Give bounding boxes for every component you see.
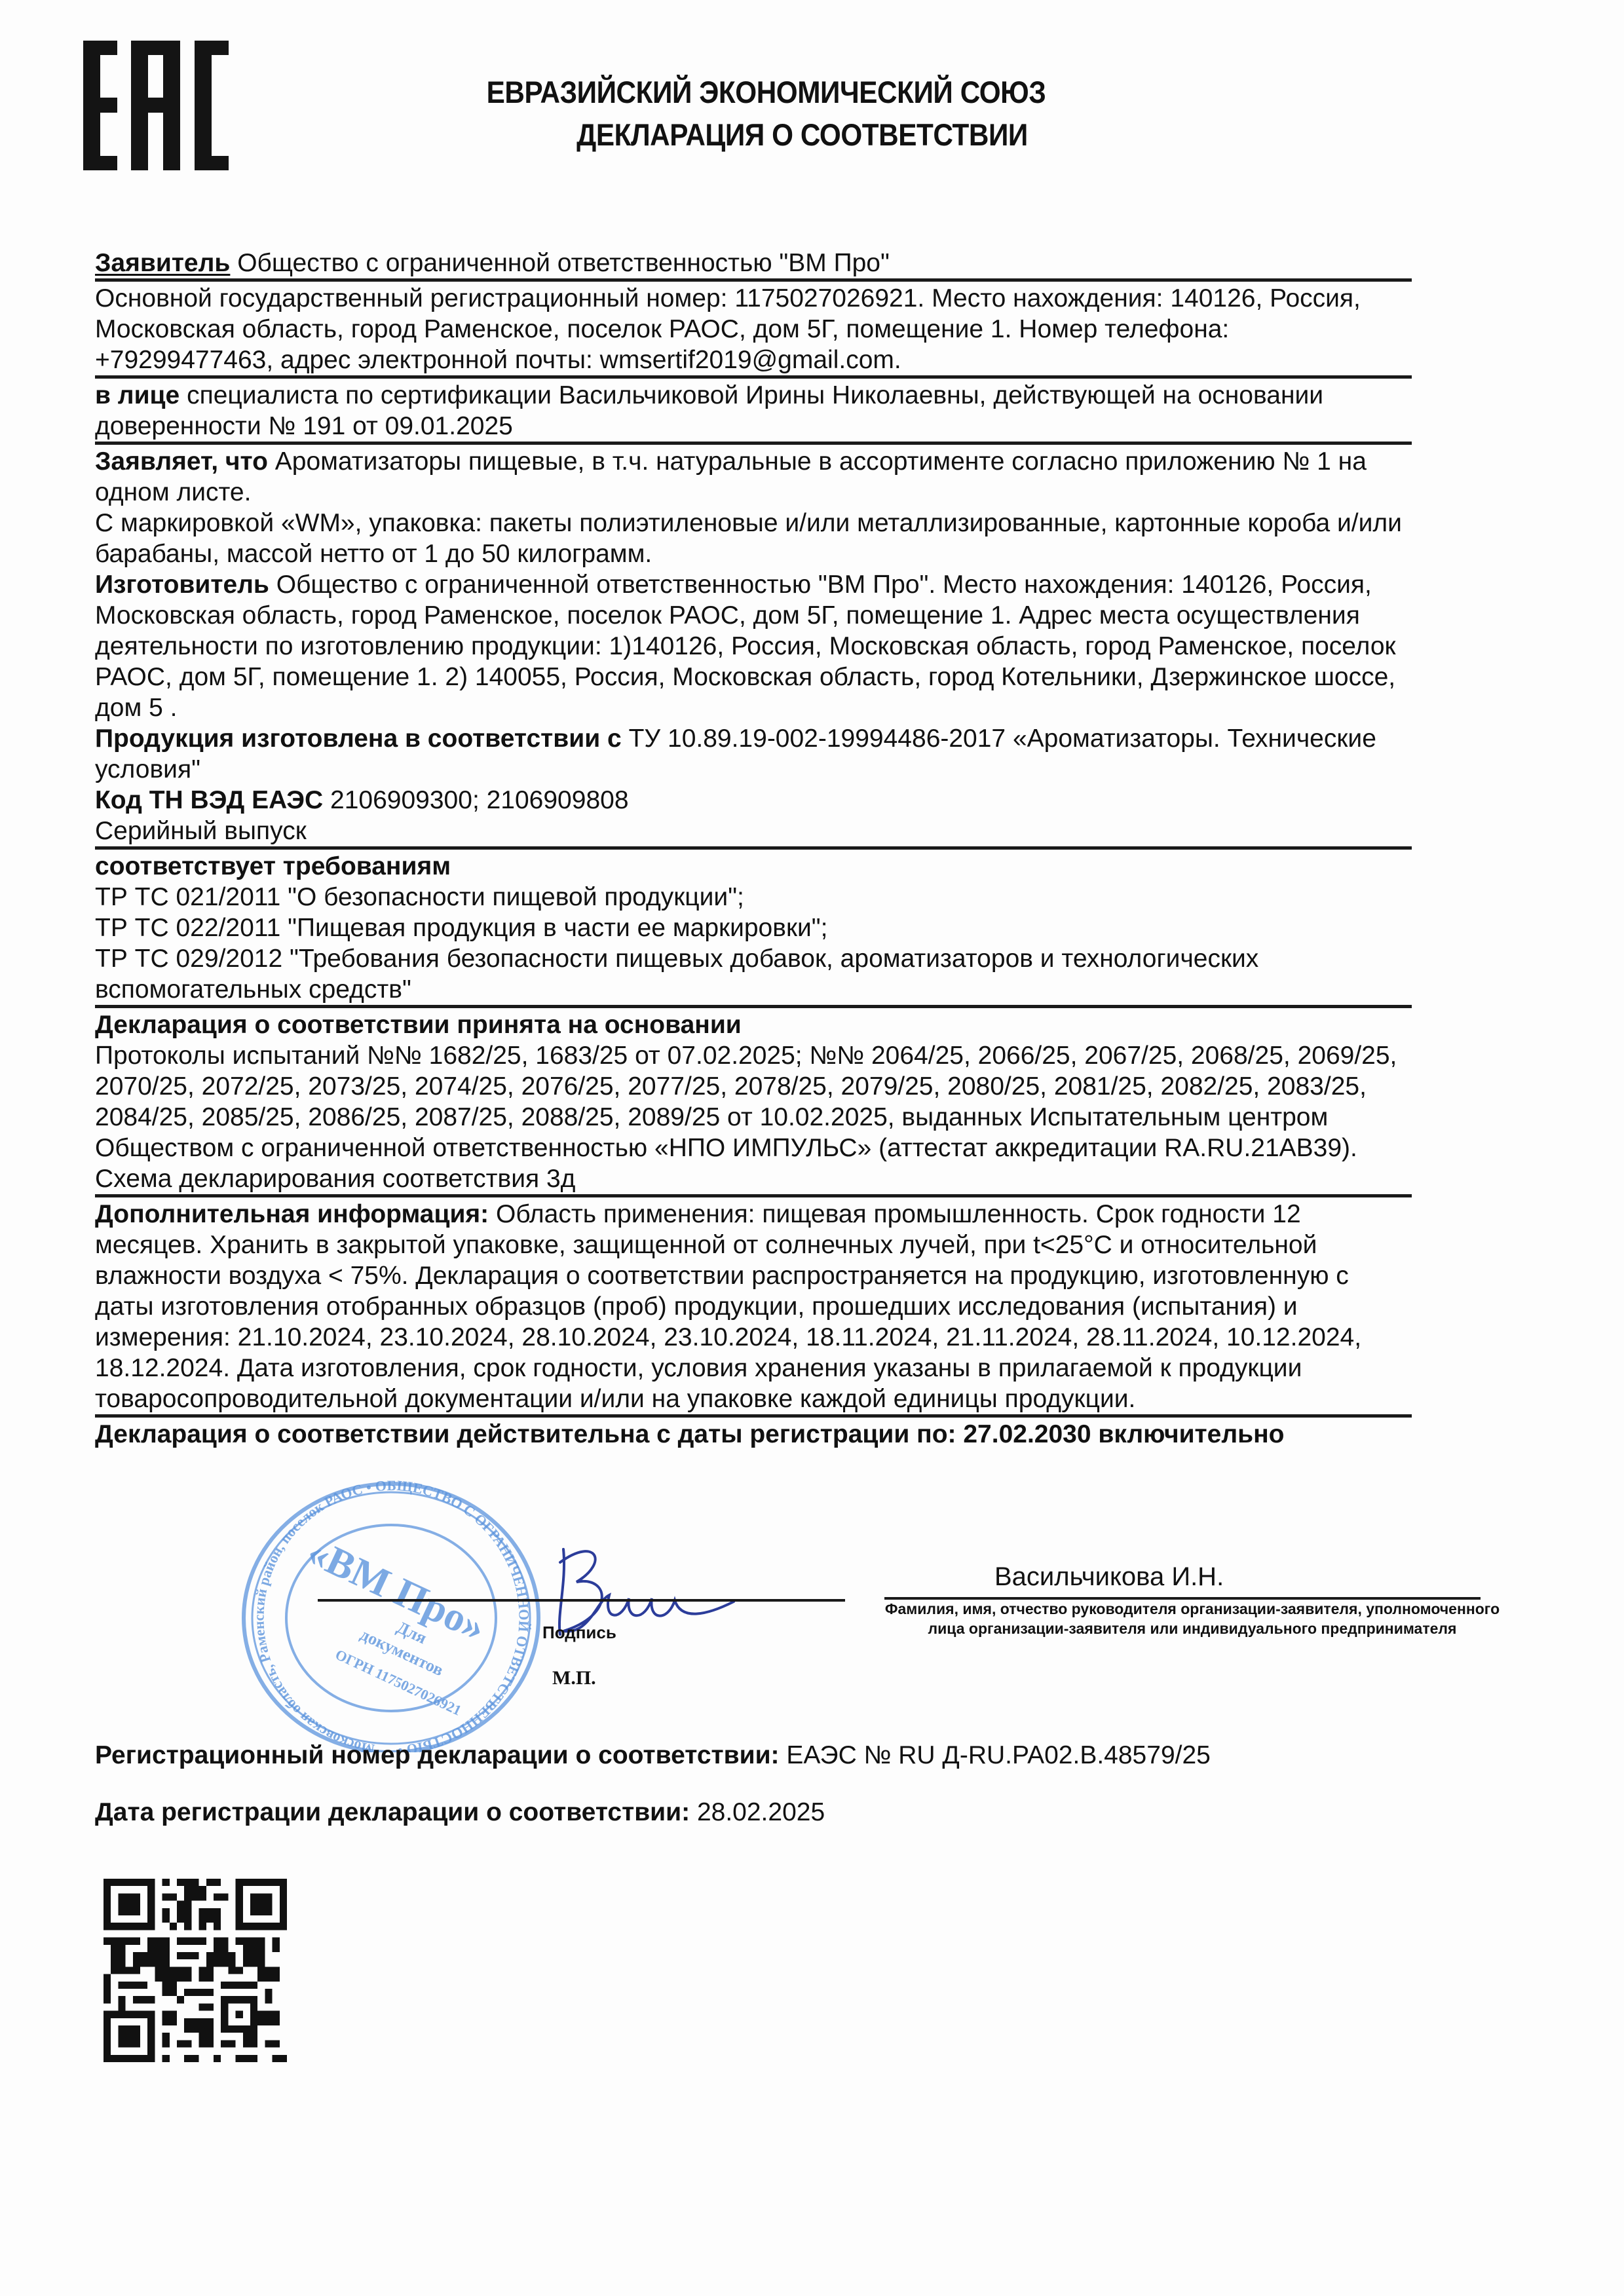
additional-label: Дополнительная информация: [95,1200,489,1228]
additional-info: Дополнительная информация: Область приме… [95,1199,1412,1414]
marking-text: С маркировкой «WM», упаковка: пакеты пол… [95,508,1412,569]
requirement-item: ТР ТС 029/2012 "Требования безопасности … [95,943,1412,1005]
seal-caption: М.П. [552,1667,596,1689]
declares-label: Заявляет, что [95,447,268,476]
tn-ved-codes: 2106909300; 2106909808 [323,786,628,814]
basis-text: Протоколы испытаний №№ 1682/25, 1683/25 … [95,1040,1412,1163]
requirement-item: ТР ТС 021/2011 "О безопасности пищевой п… [95,882,1412,913]
registration-date-label: Дата регистрации декларации о соответств… [95,1798,690,1826]
requirement-item: ТР ТС 022/2011 "Пищевая продукция в част… [95,913,1412,943]
representative-text: специалиста по сертификации Васильчиково… [95,381,1323,440]
basis-label: Декларация о соответствии принята на осн… [95,1009,1412,1040]
declares-text: Ароматизаторы пищевые, в т.ч. натуральны… [95,447,1367,506]
qr-code-icon[interactable] [104,1879,287,2062]
applicant-details: Основной государственный регистрационный… [95,283,1412,375]
manufacturer-line: Изготовитель Общество с ограниченной отв… [95,569,1412,723]
divider [95,1414,1412,1418]
union-title: ЕВРАЗИЙСКИЙ ЭКОНОМИЧЕСКИЙ СОЮЗ [35,74,1497,110]
company-stamp: «ВМ Про» Для документов ОГРН 11750270269… [233,1477,550,1752]
tn-ved-line: Код ТН ВЭД ЕАЭС 2106909300; 2106909808 [95,785,1412,816]
basis-heading: Декларация о соответствии принята на осн… [95,1011,742,1039]
document-title: ДЕКЛАРАЦИЯ О СООТВЕТСТВИИ [71,117,1533,153]
registration-number: ЕАЭС № RU Д-RU.PA02.B.48579/25 [780,1741,1211,1769]
release-type: Серийный выпуск [95,816,1412,846]
produced-per-line: Продукция изготовлена в соответствии с Т… [95,723,1412,785]
divider [95,1005,1412,1008]
declares-line: Заявляет, что Ароматизаторы пищевые, в т… [95,446,1412,508]
additional-text: Область применения: пищевая промышленнос… [95,1200,1361,1413]
divider [95,846,1412,850]
divider [95,442,1412,445]
applicant-line: Заявитель Общество с ограниченной ответс… [95,248,1412,278]
declaration-body: Заявитель Общество с ограниченной ответс… [95,248,1412,1450]
registration-number-line: Регистрационный номер декларации о соотв… [95,1741,1211,1770]
tn-ved-label: Код ТН ВЭД ЕАЭС [95,786,323,814]
signer-caption: Фамилия, имя, отчество руководителя орга… [865,1599,1520,1638]
registration-number-label: Регистрационный номер декларации о соотв… [95,1741,780,1769]
signer-name: Васильчикова И.Н. [994,1562,1224,1592]
divider [95,1194,1412,1197]
signature-line [318,1599,845,1602]
divider [95,278,1412,282]
representative-line: в лице специалиста по сертификации Васил… [95,380,1412,442]
manufacturer-label: Изготовитель [95,571,269,599]
validity-statement: Декларация о соответствии действительна … [95,1419,1412,1450]
registration-date-line: Дата регистрации декларации о соответств… [95,1798,825,1827]
requirements-heading: соответствует требованиям [95,852,451,880]
applicant-name: Общество с ограниченной ответственностью… [230,249,889,277]
divider [95,375,1412,379]
requirements-label: соответствует требованиям [95,851,1412,882]
registration-date: 28.02.2025 [690,1798,825,1826]
representative-label: в лице [95,381,179,409]
declaration-scheme: Схема декларирования соответствия 3д [95,1163,1412,1194]
manufacturer-text: Общество с ограниченной ответственностью… [95,571,1396,722]
produced-per-label: Продукция изготовлена в соответствии с [95,725,622,753]
applicant-label: Заявитель [95,249,230,277]
signature-caption: Подпись [542,1623,616,1643]
